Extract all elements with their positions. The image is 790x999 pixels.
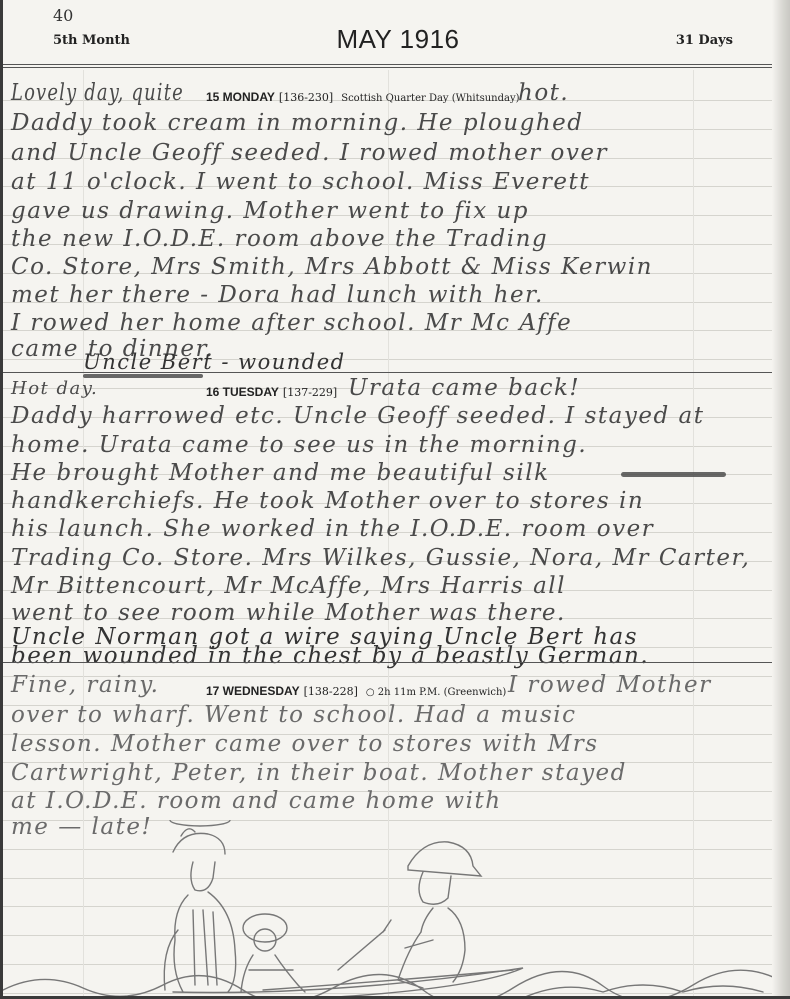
entry-line: Daddy harrowed etc. Uncle Geoff seeded. … — [11, 403, 704, 429]
page-number: 40 — [53, 6, 73, 25]
day-numbers: [136-230] — [279, 91, 333, 104]
entry-line: Trading Co. Store. Mrs Wilkes, Gussie, N… — [11, 545, 750, 571]
entry-line: and Uncle Geoff seeded. I rowed mother o… — [11, 140, 608, 166]
diary-page: 40 5th Month MAY 1916 31 Days Lovely day… — [0, 0, 790, 999]
scribbled-out-word — [621, 472, 726, 477]
entry-line: He brought Mother and me beautiful silk — [11, 460, 550, 486]
entry-heading-tail: Urata came back! — [348, 375, 580, 401]
entry-line: at I.O.D.E. room and came home with — [11, 788, 502, 814]
entry-line: went to see room while Mother was there. — [11, 600, 566, 626]
day-heading: 16 TUESDAY[137-229] — [206, 383, 337, 401]
day-name: 16 TUESDAY — [206, 385, 279, 399]
entry-line: gave us drawing. Mother went to fix up — [11, 198, 529, 224]
entry-line: at 11 o'clock. I went to school. Miss Ev… — [11, 169, 590, 195]
day-separator — [3, 372, 783, 373]
day-note: Scottish Quarter Day (Whitsunday) — [341, 93, 519, 104]
entry-line: I rowed her home after school. Mr Mc Aff… — [11, 310, 572, 336]
page-title: MAY 1916 — [3, 24, 790, 55]
entry-lead: Fine, rainy. — [11, 672, 160, 698]
header-separator — [3, 64, 783, 65]
day-heading: 15 MONDAY[136-230]Scottish Quarter Day (… — [206, 88, 520, 106]
day-name: 17 WEDNESDAY — [206, 684, 300, 698]
entry-line: over to wharf. Went to school. Had a mus… — [11, 702, 577, 728]
entry-line: home. Urata came to see us in the mornin… — [11, 432, 587, 458]
entry-line: Daddy took cream in morning. He ploughed — [11, 110, 583, 136]
day-numbers: [137-229] — [283, 386, 337, 399]
entry-heading-tail: hot. — [518, 80, 569, 106]
entry-line: his launch. She worked in the I.O.D.E. r… — [11, 516, 654, 542]
page-edge — [772, 0, 790, 999]
entry-line: Cartwright, Peter, in their boat. Mother… — [11, 760, 627, 786]
day-name: 15 MONDAY — [206, 90, 275, 104]
moon-phase-note: ○ 2h 11m P.M. (Greenwich) — [366, 687, 506, 698]
days-label: 31 Days — [676, 33, 733, 48]
entry-line: Co. Store, Mrs Smith, Mrs Abbott & Miss … — [11, 254, 653, 280]
entry-line: Mr Bittencourt, Mr McAffe, Mrs Harris al… — [11, 573, 566, 599]
entry-lead: Hot day. — [11, 378, 98, 399]
day-heading: 17 WEDNESDAY[138-228]○ 2h 11m P.M. (Gree… — [206, 682, 506, 700]
entry-heading-tail: I rowed Mother — [508, 672, 712, 698]
entry-line: lesson. Mother came over to stores with … — [11, 731, 599, 757]
day-separator — [3, 662, 783, 663]
entry-line: handkerchiefs. He took Mother over to st… — [11, 488, 644, 514]
entry-line: met her there - Dora had lunch with her. — [11, 282, 544, 308]
day-numbers: [138-228] — [304, 685, 358, 698]
entry-footnote: Uncle Bert - wounded — [83, 350, 346, 374]
rowboat-sketch — [3, 820, 790, 999]
entry-lead: Lovely day, quite — [11, 80, 184, 106]
entry-line: the new I.O.D.E. room above the Trading — [11, 226, 548, 252]
pencil-underline — [83, 374, 203, 378]
entry-line: been wounded in the chest by a beastly G… — [11, 643, 649, 669]
header-separator — [3, 67, 783, 68]
